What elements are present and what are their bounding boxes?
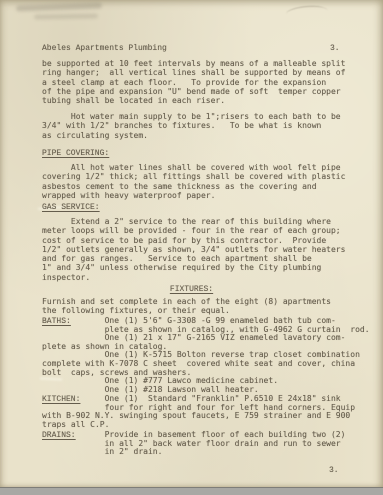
fixture-spec-baths: One (1) 5'6" G-3308 -G 99 enameled bath … [42,317,370,394]
paragraph-pipe-covering: All hot water lines shall be covered wit… [42,163,345,200]
pencil-smudge [34,13,98,19]
heading-fixtures: FIXTURES: [0,285,383,294]
pencil-squiggle-mark [285,4,328,21]
scanner-bed-edge [0,487,383,495]
paragraph-gas-service: Extend a 2" service to the rear of this … [42,217,345,282]
pencil-smudge [16,3,102,12]
fixture-spec-kitchen: One (1) Standard "Franklin" P.6510 E 24x… [42,395,355,429]
document-title: Abeles Apartments Plumbing [42,44,167,53]
fixture-spec-drains: Provide in basement floor of each buildi… [42,431,345,457]
page-number-bottom: 3. [329,466,339,475]
heading-pipe-covering: PIPE COVERING: [42,149,109,158]
page-number-top: 3. [330,44,340,53]
paragraph-hot-water-main: Hot water main supply to be 1";risers to… [42,112,341,140]
heading-gas-service: GAS SERVICE: [42,203,100,212]
paragraph-fixtures-intro: Furnish and set complete in each of the … [42,297,331,316]
paragraph-pipe-support: be supported at 10 feet intervals by mea… [42,59,345,105]
scanned-typewritten-page: Abeles Apartments Plumbing 3. be support… [0,0,383,488]
